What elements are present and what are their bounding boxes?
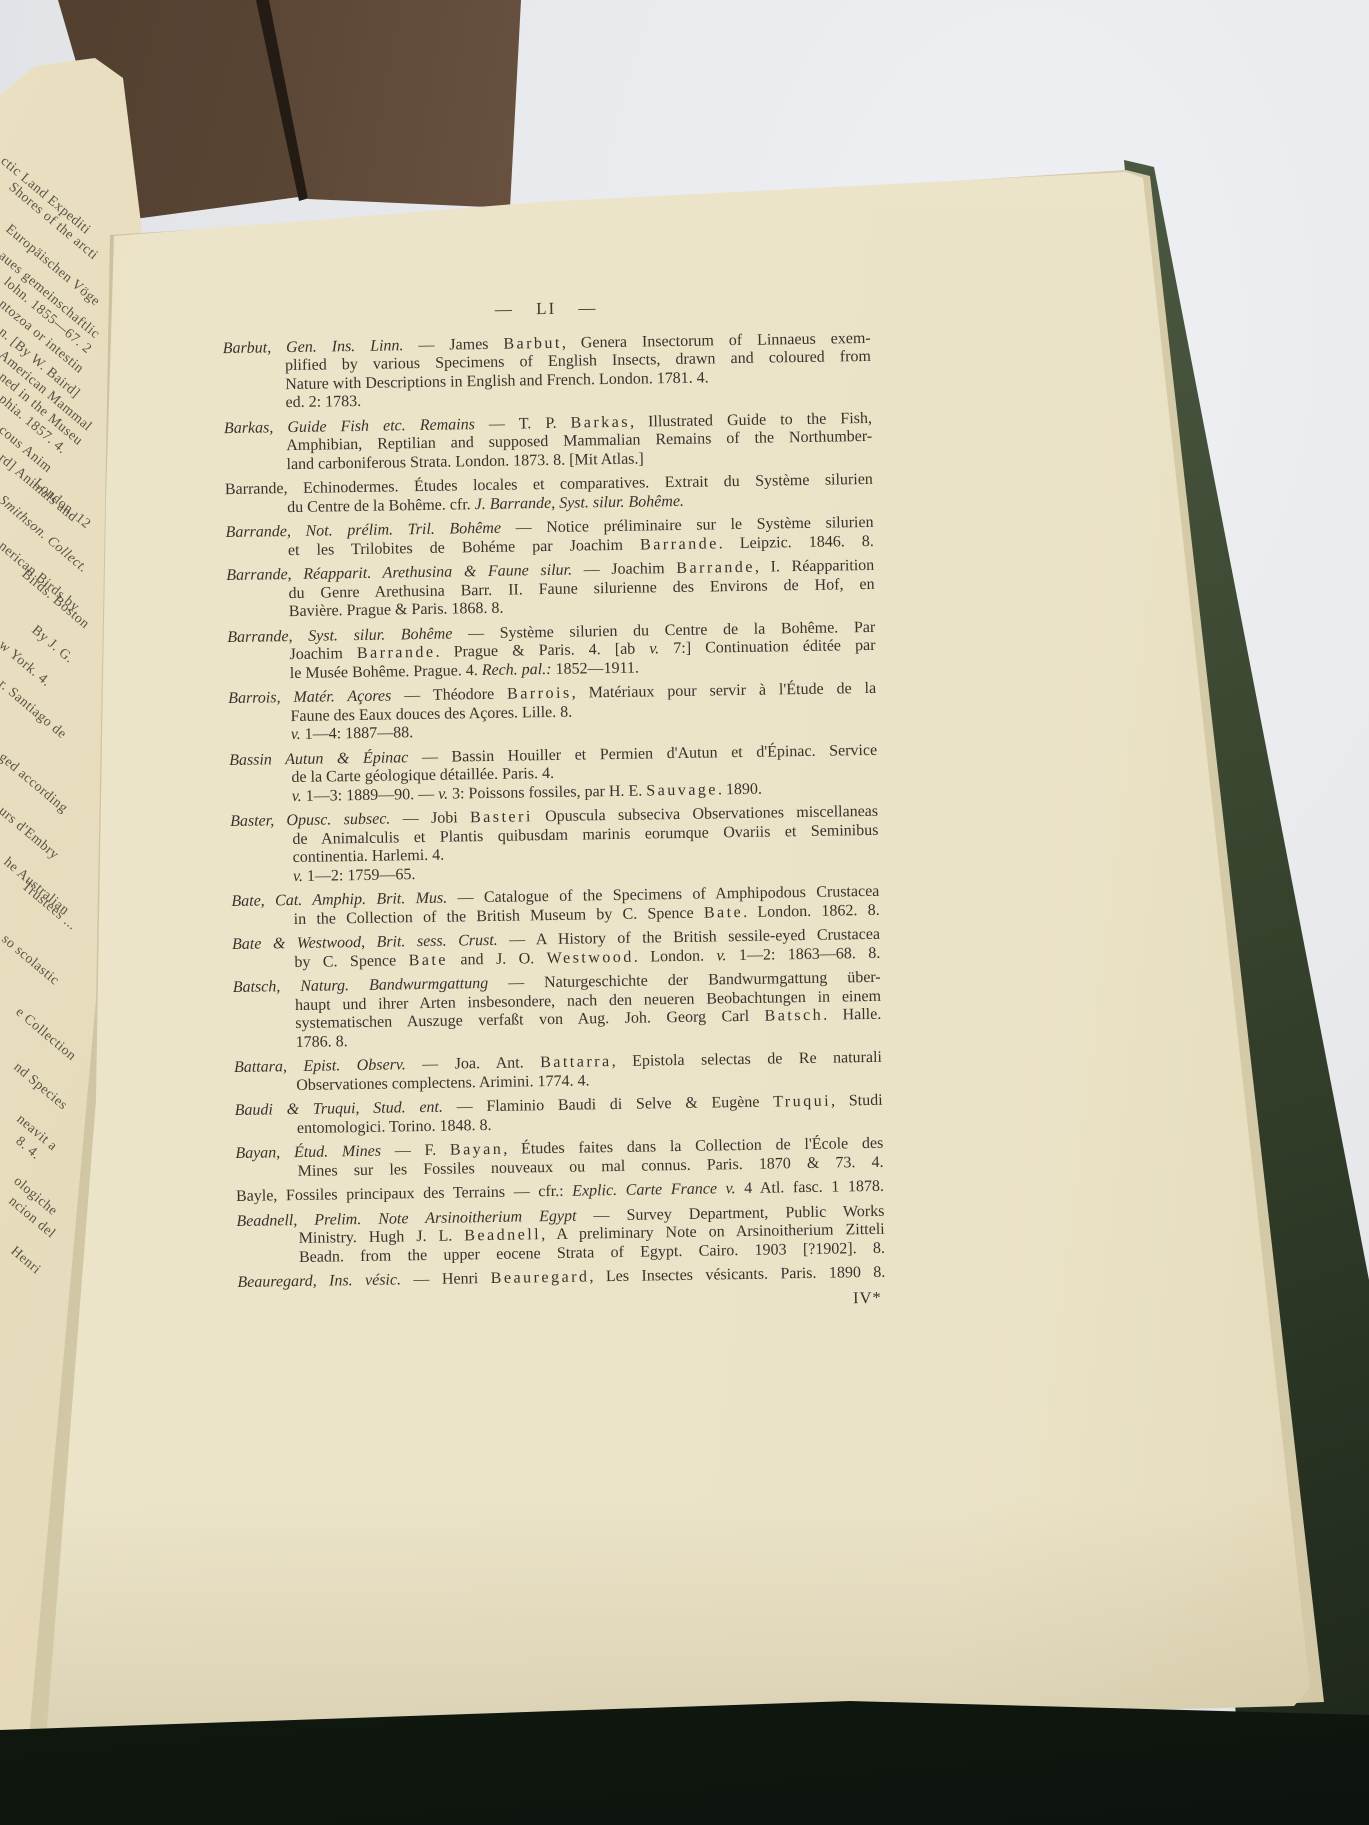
bibliography-entries: Barbut, Gen. Ins. Linn. — James Barbut, …	[223, 329, 886, 1292]
bibliography-entry: Barrande, Not. prélim. Tril. Bohême — No…	[225, 514, 874, 561]
bibliography-entry: Barkas, Guide Fish etc. Remains — T. P. …	[224, 409, 873, 475]
printed-text-block: — LI — Barbut, Gen. Ins. Linn. — James B…	[222, 295, 886, 1317]
bibliography-entry: Bayan, Étud. Mines — F. Bayan, Études fa…	[235, 1135, 884, 1182]
left-page-text-fragment: r. Santiago de	[0, 677, 69, 743]
bibliography-entry: Baster, Opusc. subsec. — Jobi Basteri Op…	[230, 803, 879, 887]
bibliography-entry: Batsch, Naturg. Bandwurmgattung — Naturg…	[233, 969, 882, 1053]
bibliography-entry: Battara, Epist. Observ. — Joa. Ant. Batt…	[234, 1049, 883, 1096]
bibliography-entry: Barrois, Matér. Açores — Théodore Barroi…	[228, 680, 877, 746]
bibliography-entry: Barrande, Syst. silur. Bohême — Système …	[227, 618, 876, 684]
photo-open-book: ctic Land ExpeditiShores of the arctiEur…	[0, 0, 1369, 1825]
bibliography-entry: Bate, Cat. Amphip. Brit. Mus. — Catalogu…	[231, 883, 880, 930]
left-page-text-fragment: ged according	[0, 750, 71, 817]
left-page-text-fragment: Birds. Boston	[18, 567, 92, 633]
left-page-text-fragment: Henri	[7, 1244, 44, 1278]
bibliography-entry: Baudi & Truqui, Stud. ent. — Flaminio Ba…	[235, 1092, 884, 1139]
left-page-text-fragment: nd Species	[10, 1060, 70, 1114]
left-page-text-fragment: e Collection	[12, 1005, 79, 1065]
entry-line: Beauregard, Ins. vésic. — Henri Beaurega…	[237, 1264, 885, 1293]
left-page-text-fragment: so scolastic	[0, 932, 62, 989]
bibliography-entry: Bassin Autun & Épinac — Bassin Houiller …	[229, 741, 878, 807]
bibliography-entry: Barrande, Echinodermes. Études locales e…	[225, 471, 874, 518]
bibliography-entry: Beauregard, Ins. vésic. — Henri Beaurega…	[237, 1264, 885, 1293]
bibliography-entry: Barrande, Réapparit. Arethusina & Faune …	[226, 557, 875, 623]
bibliography-entry: Bayle, Fossiles principaux des Terrains …	[236, 1178, 884, 1207]
left-page-text-fragment: By J. G.	[28, 623, 77, 667]
bibliography-entry: Barbut, Gen. Ins. Linn. — James Barbut, …	[223, 329, 872, 413]
bibliography-entry: Beadnell, Prelim. Note Arsinoitherium Eg…	[236, 1202, 885, 1268]
entry-line: Bayle, Fossiles principaux des Terrains …	[236, 1178, 884, 1207]
bibliography-entry: Bate & Westwood, Brit. sess. Crust. — A …	[232, 926, 881, 973]
